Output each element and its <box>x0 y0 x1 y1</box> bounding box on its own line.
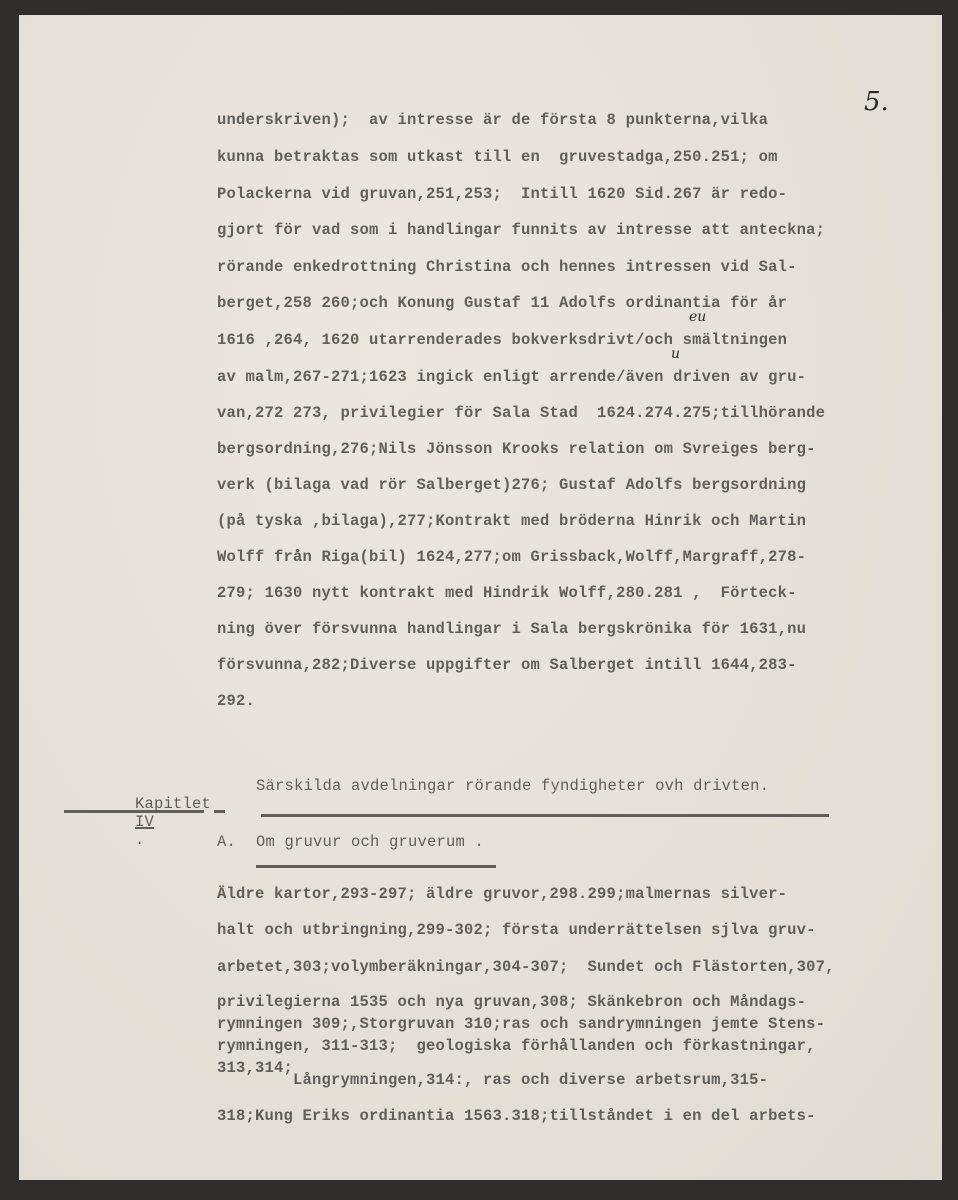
text-line: av malm,267-271;1623 ingick enligt arren… <box>217 368 806 386</box>
document-page: 5. underskriven); av intresse är de förs… <box>19 15 942 1180</box>
chapter-title: Särskilda avdelningar rörande fyndighete… <box>256 777 769 795</box>
subsection-underline <box>256 865 496 868</box>
text-line: försvunna,282;Diverse uppgifter om Salbe… <box>217 656 797 674</box>
text-line: Långrymningen,314:, ras och diverse arbe… <box>217 1071 768 1089</box>
text-line: 318;Kung Eriks ordinantia 1563.318;tills… <box>217 1107 816 1125</box>
text-line: bergsordning,276;Nils Jönsson Krooks rel… <box>217 440 816 458</box>
handwritten-insert-u: u <box>671 346 680 362</box>
text-line: 292. <box>217 692 255 710</box>
text-line: (på tyska ,bilaga),277;Kontrakt med bröd… <box>217 512 806 530</box>
text-line: van,272 273, privilegier för Sala Stad 1… <box>217 404 825 422</box>
text-line: rymningen, 311-313; geologiska förhållan… <box>217 1037 816 1055</box>
text-line: rörande enkedrottning Christina och henn… <box>217 258 797 276</box>
text-line: privilegierna 1535 och nya gruvan,308; S… <box>217 993 806 1011</box>
text-line: underskriven); av intresse är de första … <box>217 111 768 129</box>
text-line: arbetet,303;volymberäkningar,304-307; Su… <box>217 958 835 976</box>
handwritten-insert-eu: eu <box>689 309 706 325</box>
text-line: verk (bilaga vad rör Salberget)276; Gust… <box>217 476 806 494</box>
chapter-number: IV <box>135 813 154 831</box>
text-line: gjort för vad som i handlingar funnits a… <box>217 221 825 239</box>
text-line: Äldre kartor,293-297; äldre gruvor,298.2… <box>217 885 787 903</box>
chapter-underline-left <box>64 810 204 813</box>
text-line: ning över försvunna handlingar i Sala be… <box>217 620 806 638</box>
chapter-label: Kapitlet IV . <box>97 777 211 867</box>
chapter-underline-right <box>261 814 829 817</box>
text-line: rymningen 309;,Storgruvan 310;ras och sa… <box>217 1015 825 1033</box>
subsection-letter: A. <box>217 833 236 851</box>
text-line: 1616 ,264, 1620 utarrenderades bokverksd… <box>217 331 787 349</box>
text-line: Polackerna vid gruvan,251,253; Intill 16… <box>217 185 787 203</box>
text-line: Wolff från Riga(bil) 1624,277;om Grissba… <box>217 548 806 566</box>
chapter-dot: . <box>135 831 145 849</box>
subsection-title: Om gruvur och gruverum . <box>256 833 484 851</box>
chapter-underline-dash <box>214 810 225 813</box>
text-line: 279; 1630 nytt kontrakt med Hindrik Wolf… <box>217 584 797 602</box>
handwritten-page-number: 5. <box>864 87 889 117</box>
text-line: kunna betraktas som utkast till en gruve… <box>217 148 778 166</box>
text-line: halt och utbringning,299-302; första und… <box>217 921 816 939</box>
